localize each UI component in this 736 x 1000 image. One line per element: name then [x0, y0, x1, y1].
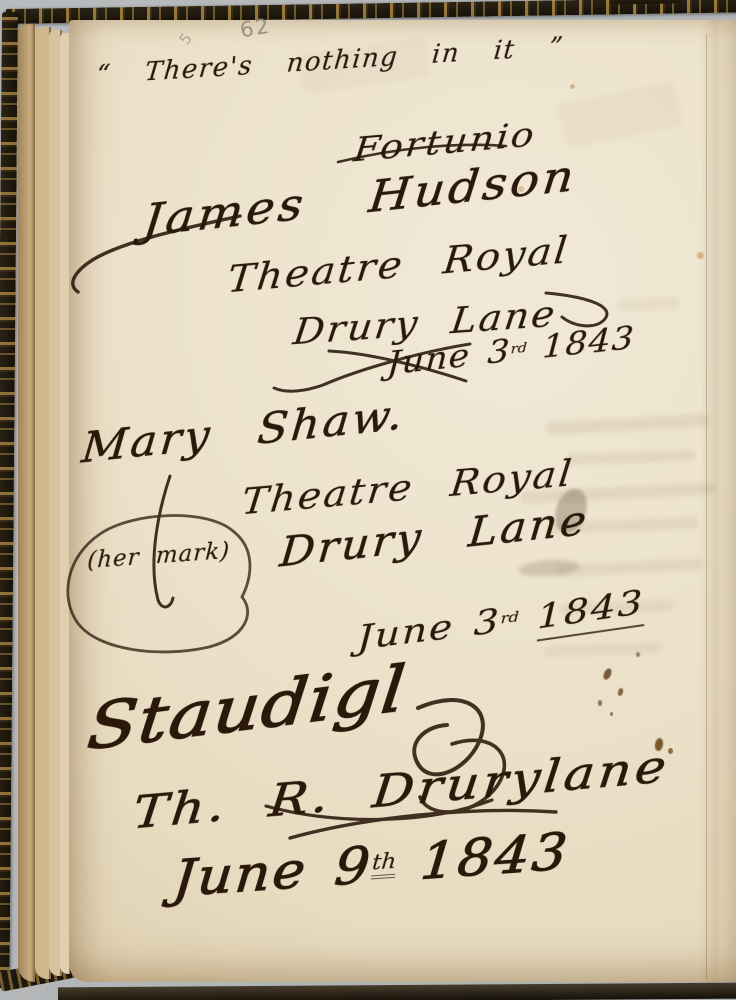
flourish-staudigl-underline — [266, 800, 492, 820]
flourish-date1-cross — [323, 344, 470, 385]
pen-flourishes — [0, 0, 736, 1000]
flourish-date1-cross — [329, 351, 466, 381]
flourish-royal-tail — [546, 293, 607, 326]
flourish-fortunio-crossbar — [338, 145, 506, 162]
autograph-album-photo: 62 5 “ There's nothing in it ” Fortunio … — [0, 0, 736, 1000]
flourish-mary-descender — [154, 476, 173, 607]
flourish-date1-tail — [274, 385, 323, 391]
her-mark-circle — [68, 516, 250, 652]
flourish-drurylane-crossbar — [290, 810, 556, 838]
flourish-staudigl-loop — [414, 700, 483, 774]
flourish-hudson-sweep — [73, 216, 240, 292]
